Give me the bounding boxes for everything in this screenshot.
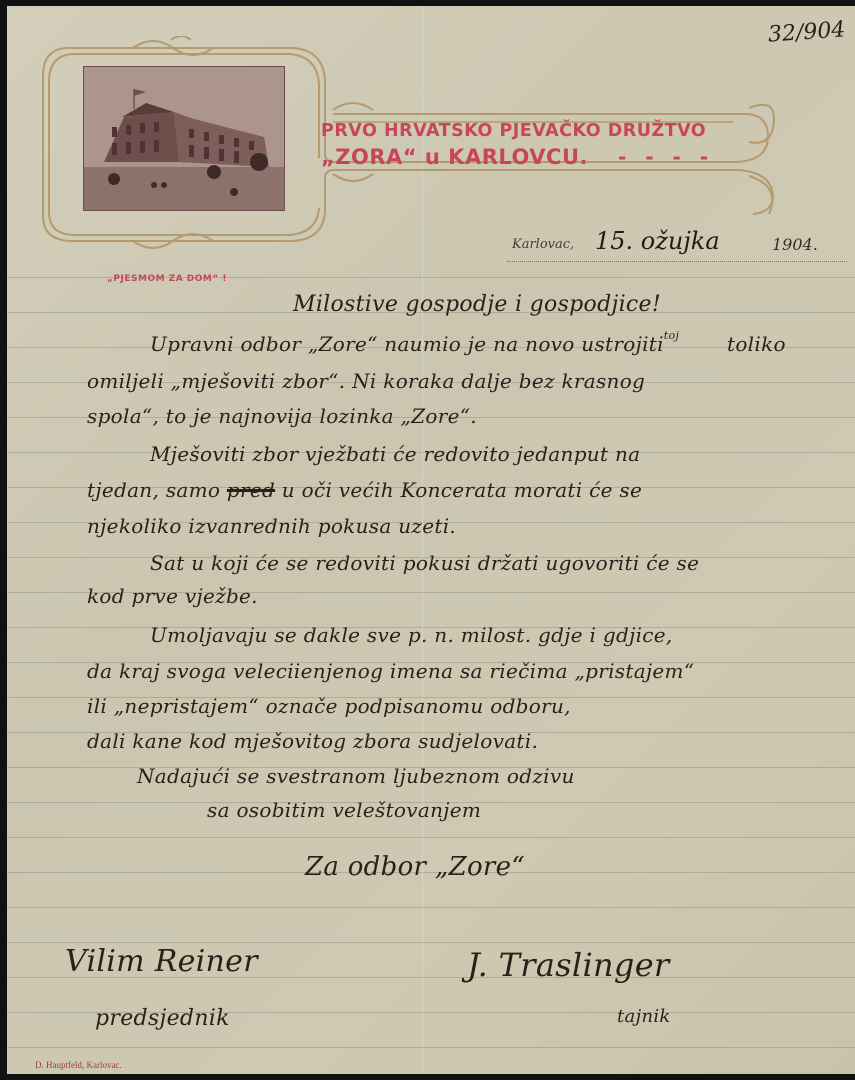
body-line-11: ili „nepristajem“ označe podpisanomu odb… <box>87 694 571 718</box>
body-line-3: spola“, to je najnovija lozinka „Zore“. <box>87 404 477 428</box>
building-illustration <box>83 66 285 211</box>
body-line-1: Upravni odbor „Zore“ naumio je na novo u… <box>150 332 679 356</box>
body-line-2: omiljeli „mješoviti zbor“. Ni koraka dal… <box>87 369 645 393</box>
body-line-1-tail: toliko <box>727 332 786 356</box>
motto: „PJESMOM ZA DOM“ ! <box>107 274 227 284</box>
place-date-line: Karlovac, 15. ožujka 1904. <box>507 231 847 262</box>
date-year: 1904. <box>772 235 818 254</box>
date-day-month: 15. ožujka <box>595 227 720 255</box>
salutation: Milostive gospodje i gospodjice! <box>293 292 661 317</box>
signature-president: Vilim Reiner <box>65 944 258 979</box>
body-line-10: da kraj svoga veleciienjenog imena sa ri… <box>87 659 694 683</box>
society-name-line2: „ZORA“ u KARLOVCU. <box>321 145 588 169</box>
body-line-6: njekoliko izvanrednih pokusa uzeti. <box>87 514 456 538</box>
body-line-12: dali kane kod mješovitog zbora sudjelova… <box>87 729 538 753</box>
body-line-9: Umoljavaju se dakle sve p. n. milost. gd… <box>150 623 673 647</box>
printer-imprint: D. Hauptfeld, Karlovac. <box>35 1060 122 1070</box>
insertion-mark: toj <box>664 329 679 342</box>
body-line-8: kod prve vježbe. <box>87 584 258 608</box>
society-name-line1: PRVO HRVATSKO PJEVAČKO DRUŽTVO <box>321 121 714 141</box>
signature-secretary: J. Traslinger <box>467 946 670 984</box>
body-line-5: tjedan, samo pred u oči većih Koncerata … <box>87 478 642 502</box>
body-line-14: sa osobitim veleštovanjem <box>207 798 481 822</box>
body-line-4: Mješoviti zbor vježbati će redovito jeda… <box>150 442 640 466</box>
body-line-7: Sat u koji će se redoviti pokusi držati … <box>150 551 699 575</box>
letter-page: 32/904 <box>7 6 855 1074</box>
decorative-dashes: - - - - <box>618 145 714 169</box>
title-president: predsjednik <box>95 1006 230 1031</box>
title-secretary: tajnik <box>617 1006 671 1027</box>
closing: Za odbor „Zore“ <box>305 852 525 882</box>
struck-word: pred <box>227 478 275 502</box>
society-name: PRVO HRVATSKO PJEVAČKO DRUŽTVO „ZORA“ u … <box>321 121 714 169</box>
place: Karlovac, <box>512 237 574 252</box>
body-line-13: Nadajući se svestranom ljubeznom odzivu <box>137 764 575 788</box>
